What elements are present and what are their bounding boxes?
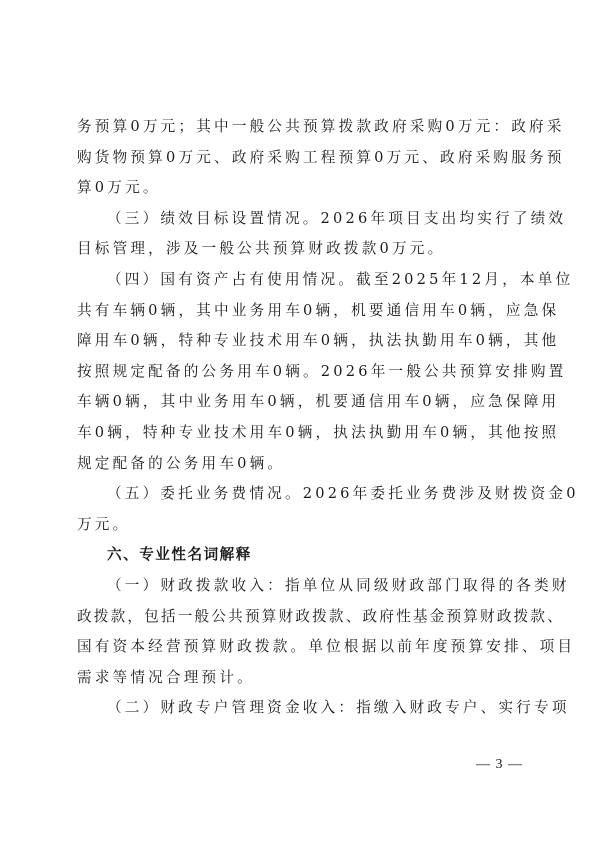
paragraph-line: 车0辆，特种专业技术用车0辆，执法执勤用车0辆，其他按照 <box>77 418 519 449</box>
paragraph-line: 车辆0辆，其中业务用车0辆，机要通信用车0辆，应急保障用 <box>77 387 519 418</box>
paragraph-line: 算0万元。 <box>77 173 519 204</box>
document-page: 务预算0万元；其中一般公共预算拨款政府采购0万元：政府采 购货物预算0万元、政府… <box>77 112 519 724</box>
paragraph-line: 政拨款，包括一般公共预算财政拨款、政府性基金预算财政拨款、 <box>77 602 519 633</box>
section-state-assets: （四）国有资产占有使用情况。截至2025年12月，本单位 <box>77 265 519 296</box>
paragraph-line: 共有车辆0辆，其中业务用车0辆，机要通信用车0辆，应急保 <box>77 296 519 327</box>
section-heading-terms: 六、专业性名词解释 <box>77 540 519 571</box>
section-commissioned-fees: （五）委托业务费情况。2026年委托业务费涉及财拨资金0 <box>77 479 519 510</box>
paragraph-line: 万元。 <box>77 510 519 541</box>
paragraph-line: 目标管理，涉及一般公共预算财政拨款0万元。 <box>77 234 519 265</box>
paragraph-line: 务预算0万元；其中一般公共预算拨款政府采购0万元：政府采 <box>77 112 519 143</box>
term-special-account-funds: （二）财政专户管理资金收入：指缴入财政专户、实行专项 <box>77 693 519 724</box>
term-fiscal-appropriation: （一）财政拨款收入：指单位从同级财政部门取得的各类财 <box>77 571 519 602</box>
paragraph-line: 按照规定配备的公务用车0辆。2026年一般公共预算安排购置 <box>77 357 519 388</box>
paragraph-line: 购货物预算0万元、政府采购工程预算0万元、政府采购服务预 <box>77 143 519 174</box>
paragraph-line: 国有资本经营预算财政拨款。单位根据以前年度预算安排、项目 <box>77 632 519 663</box>
page-number: — 3 — <box>476 757 523 773</box>
section-performance-goals: （三）绩效目标设置情况。2026年项目支出均实行了绩效 <box>77 204 519 235</box>
paragraph-line: 需求等情况合理预计。 <box>77 663 519 694</box>
paragraph-line: 障用车0辆，特种专业技术用车0辆，执法执勤用车0辆，其他 <box>77 326 519 357</box>
paragraph-line: 规定配备的公务用车0辆。 <box>77 449 519 480</box>
